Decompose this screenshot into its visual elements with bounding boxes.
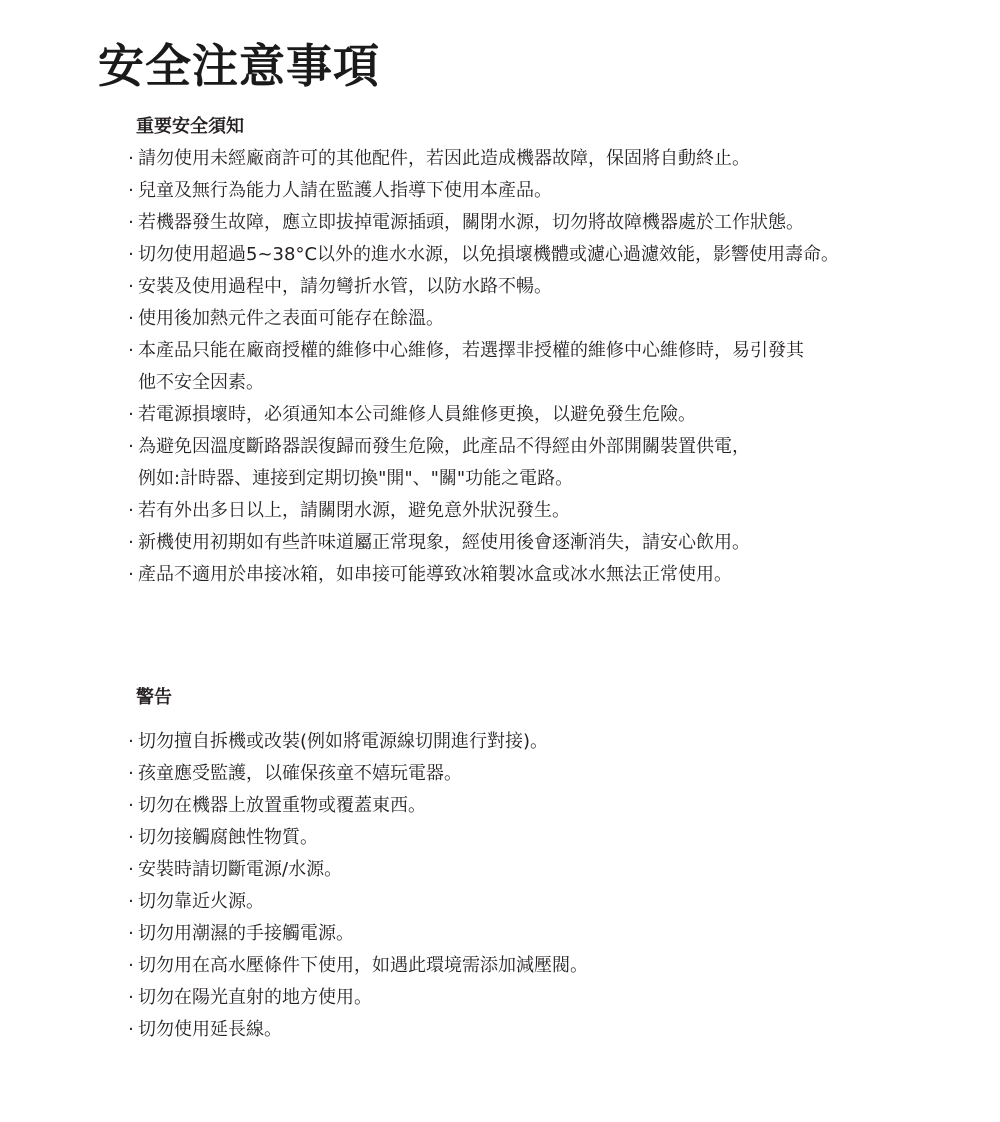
list-item: ·孩童應受監護，以確保孩童不嬉玩電器。 bbox=[124, 758, 904, 790]
list-item-text: 切勿在陽光直射的地方使用。 bbox=[138, 982, 904, 1014]
list-item-text: 新機使用初期如有些許味道屬正常現象，經使用後會逐漸消失，請安心飲用。 bbox=[138, 527, 904, 559]
list-item: ·兒童及無行為能力人請在監護人指導下使用本產品。 bbox=[124, 175, 904, 207]
section-heading-important-safety: 重要安全須知 bbox=[136, 115, 244, 139]
list-item: ·切勿接觸腐蝕性物質。 bbox=[124, 822, 904, 854]
bullet-dot-icon: · bbox=[126, 527, 136, 559]
list-item: ·請勿使用未經廠商許可的其他配件，若因此造成機器故障，保固將自動終止。 bbox=[124, 143, 904, 175]
list-item: ·本產品只能在廠商授權的維修中心維修，若選擇非授權的維修中心維修時，易引發其他不… bbox=[124, 335, 904, 399]
list-item-text: 本產品只能在廠商授權的維修中心維修，若選擇非授權的維修中心維修時，易引發其 bbox=[138, 335, 904, 367]
bullet-dot-icon: · bbox=[126, 495, 136, 527]
list-item: ·安裝時請切斷電源/水源。 bbox=[124, 854, 904, 886]
list-item: ·使用後加熱元件之表面可能存在餘溫。 bbox=[124, 303, 904, 335]
bullet-dot-icon: · bbox=[126, 758, 136, 790]
list-item-text: 孩童應受監護，以確保孩童不嬉玩電器。 bbox=[138, 758, 904, 790]
bullet-dot-icon: · bbox=[126, 918, 136, 950]
bullet-dot-icon: · bbox=[126, 207, 136, 239]
list-item: ·產品不適用於串接冰箱，如串接可能導致冰箱製冰盒或冰水無法正常使用。 bbox=[124, 559, 904, 591]
list-item: ·切勿擅自拆機或改裝(例如將電源線切開進行對接)。 bbox=[124, 726, 904, 758]
bullet-dot-icon: · bbox=[126, 431, 136, 463]
list-item-text: 他不安全因素。 bbox=[138, 367, 904, 399]
bullet-dot-icon: · bbox=[126, 822, 136, 854]
bullet-dot-icon: · bbox=[126, 854, 136, 886]
bullet-dot-icon: · bbox=[126, 790, 136, 822]
list-item: ·切勿在機器上放置重物或覆蓋東西。 bbox=[124, 790, 904, 822]
list-item: ·切勿使用超過5~38°C以外的進水水源，以免損壞機體或濾心過濾效能，影響使用壽… bbox=[124, 239, 904, 271]
list-item-text: 產品不適用於串接冰箱，如串接可能導致冰箱製冰盒或冰水無法正常使用。 bbox=[138, 559, 904, 591]
list-item-text: 安裝及使用過程中，請勿彎折水管，以防水路不暢。 bbox=[138, 271, 904, 303]
list-item: ·安裝及使用過程中，請勿彎折水管，以防水路不暢。 bbox=[124, 271, 904, 303]
list-item: ·為避免因溫度斷路器誤復歸而發生危險，此產品不得經由外部開關裝置供電，例如:計時… bbox=[124, 431, 904, 495]
list-item-text: 安裝時請切斷電源/水源。 bbox=[138, 854, 904, 886]
bullet-dot-icon: · bbox=[126, 303, 136, 335]
bullet-dot-icon: · bbox=[126, 175, 136, 207]
bullet-dot-icon: · bbox=[126, 886, 136, 918]
list-item-text: 為避免因溫度斷路器誤復歸而發生危險，此產品不得經由外部開關裝置供電， bbox=[138, 431, 904, 463]
list-item: ·若電源損壞時，必須通知本公司維修人員維修更換，以避免發生危險。 bbox=[124, 399, 904, 431]
list-item-text: 例如:計時器、連接到定期切換"開"、"關"功能之電路。 bbox=[138, 463, 904, 495]
list-item: ·切勿在陽光直射的地方使用。 bbox=[124, 982, 904, 1014]
bullet-dot-icon: · bbox=[126, 559, 136, 591]
list-item-text: 若電源損壞時，必須通知本公司維修人員維修更換，以避免發生危險。 bbox=[138, 399, 904, 431]
bullet-dot-icon: · bbox=[126, 239, 136, 271]
list-item-text: 切勿在機器上放置重物或覆蓋東西。 bbox=[138, 790, 904, 822]
list-item-text: 使用後加熱元件之表面可能存在餘溫。 bbox=[138, 303, 904, 335]
list-item-text: 請勿使用未經廠商許可的其他配件，若因此造成機器故障，保固將自動終止。 bbox=[138, 143, 904, 175]
list-item-text: 若有外出多日以上，請關閉水源，避免意外狀況發生。 bbox=[138, 495, 904, 527]
list-item: ·切勿靠近火源。 bbox=[124, 886, 904, 918]
section-heading-warning: 警告 bbox=[136, 686, 172, 710]
bullet-dot-icon: · bbox=[126, 726, 136, 758]
list-item-text: 兒童及無行為能力人請在監護人指導下使用本產品。 bbox=[138, 175, 904, 207]
list-item-text: 切勿接觸腐蝕性物質。 bbox=[138, 822, 904, 854]
bullet-dot-icon: · bbox=[126, 335, 136, 367]
bullet-dot-icon: · bbox=[126, 399, 136, 431]
list-item-text: 若機器發生故障，應立即拔掉電源插頭，關閉水源，切勿將故障機器處於工作狀態。 bbox=[138, 207, 904, 239]
list-item-text: 切勿靠近火源。 bbox=[138, 886, 904, 918]
bullet-dot-icon: · bbox=[126, 982, 136, 1014]
bullet-dot-icon: · bbox=[126, 1014, 136, 1046]
list-item-text: 切勿用潮濕的手接觸電源。 bbox=[138, 918, 904, 950]
list-item: ·新機使用初期如有些許味道屬正常現象，經使用後會逐漸消失，請安心飲用。 bbox=[124, 527, 904, 559]
list-item: ·若有外出多日以上，請關閉水源，避免意外狀況發生。 bbox=[124, 495, 904, 527]
list-item: ·若機器發生故障，應立即拔掉電源插頭，關閉水源，切勿將故障機器處於工作狀態。 bbox=[124, 207, 904, 239]
warning-list: ·切勿擅自拆機或改裝(例如將電源線切開進行對接)。·孩童應受監護，以確保孩童不嬉… bbox=[124, 726, 904, 1046]
bullet-dot-icon: · bbox=[126, 143, 136, 175]
important-safety-list: ·請勿使用未經廠商許可的其他配件，若因此造成機器故障，保固將自動終止。·兒童及無… bbox=[124, 143, 904, 591]
bullet-dot-icon: · bbox=[126, 950, 136, 982]
list-item-text: 切勿使用延長線。 bbox=[138, 1014, 904, 1046]
page-title: 安全注意事項 bbox=[98, 36, 380, 96]
list-item: ·切勿用潮濕的手接觸電源。 bbox=[124, 918, 904, 950]
list-item-text: 切勿使用超過5~38°C以外的進水水源，以免損壞機體或濾心過濾效能，影響使用壽命… bbox=[138, 239, 904, 271]
list-item: ·切勿用在高水壓條件下使用，如遇此環境需添加減壓閥。 bbox=[124, 950, 904, 982]
list-item-text: 切勿用在高水壓條件下使用，如遇此環境需添加減壓閥。 bbox=[138, 950, 904, 982]
list-item-text: 切勿擅自拆機或改裝(例如將電源線切開進行對接)。 bbox=[138, 726, 904, 758]
list-item: ·切勿使用延長線。 bbox=[124, 1014, 904, 1046]
bullet-dot-icon: · bbox=[126, 271, 136, 303]
